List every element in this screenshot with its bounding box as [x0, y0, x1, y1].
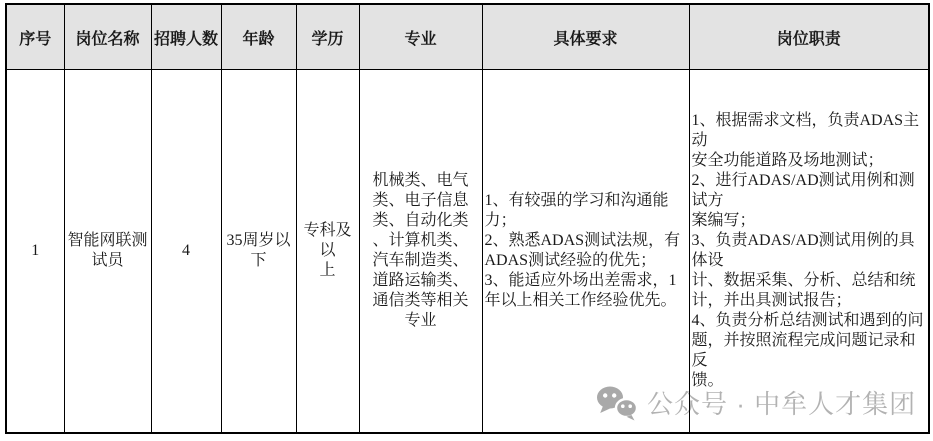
cell-seq-no: 1: [6, 70, 64, 434]
header-position-name: 岗位名称: [64, 4, 151, 70]
job-table: 序号 岗位名称 招聘人数 年龄 学历 专业 具体要求 岗位职责 1 智能网联测 …: [5, 3, 930, 434]
page: 公众号 · 中牟人才集团 序号 岗位名称 招聘人数 年龄 学历: [0, 0, 933, 441]
header-seq-no: 序号: [6, 4, 64, 70]
cell-education: 专科及以 上: [296, 70, 359, 434]
cell-headcount: 4: [151, 70, 221, 434]
cell-duties: 1、根据需求文档，负责ADAS主动 安全功能道路及场地测试； 2、进行ADAS/…: [689, 70, 929, 434]
header-headcount: 招聘人数: [151, 4, 221, 70]
cell-requirements: 1、有较强的学习和沟通能 力； 2、熟悉ADAS测试法规，有 ADAS测试经验的…: [482, 70, 689, 434]
cell-position-name: 智能网联测 试员: [64, 70, 151, 434]
header-row: 序号 岗位名称 招聘人数 年龄 学历 专业 具体要求 岗位职责: [6, 4, 929, 70]
header-education: 学历: [296, 4, 359, 70]
header-duties: 岗位职责: [689, 4, 929, 70]
cell-age: 35周岁以 下: [221, 70, 296, 434]
cell-major: 机械类、电气 类、电子信息 类、自动化类 、计算机类、 汽车制造类、 道路运输类…: [359, 70, 482, 434]
header-major: 专业: [359, 4, 482, 70]
header-requirements: 具体要求: [482, 4, 689, 70]
header-age: 年龄: [221, 4, 296, 70]
table-row: 1 智能网联测 试员 4 35周岁以 下 专科及以 上 机械类、电气 类、电子信…: [6, 70, 929, 434]
